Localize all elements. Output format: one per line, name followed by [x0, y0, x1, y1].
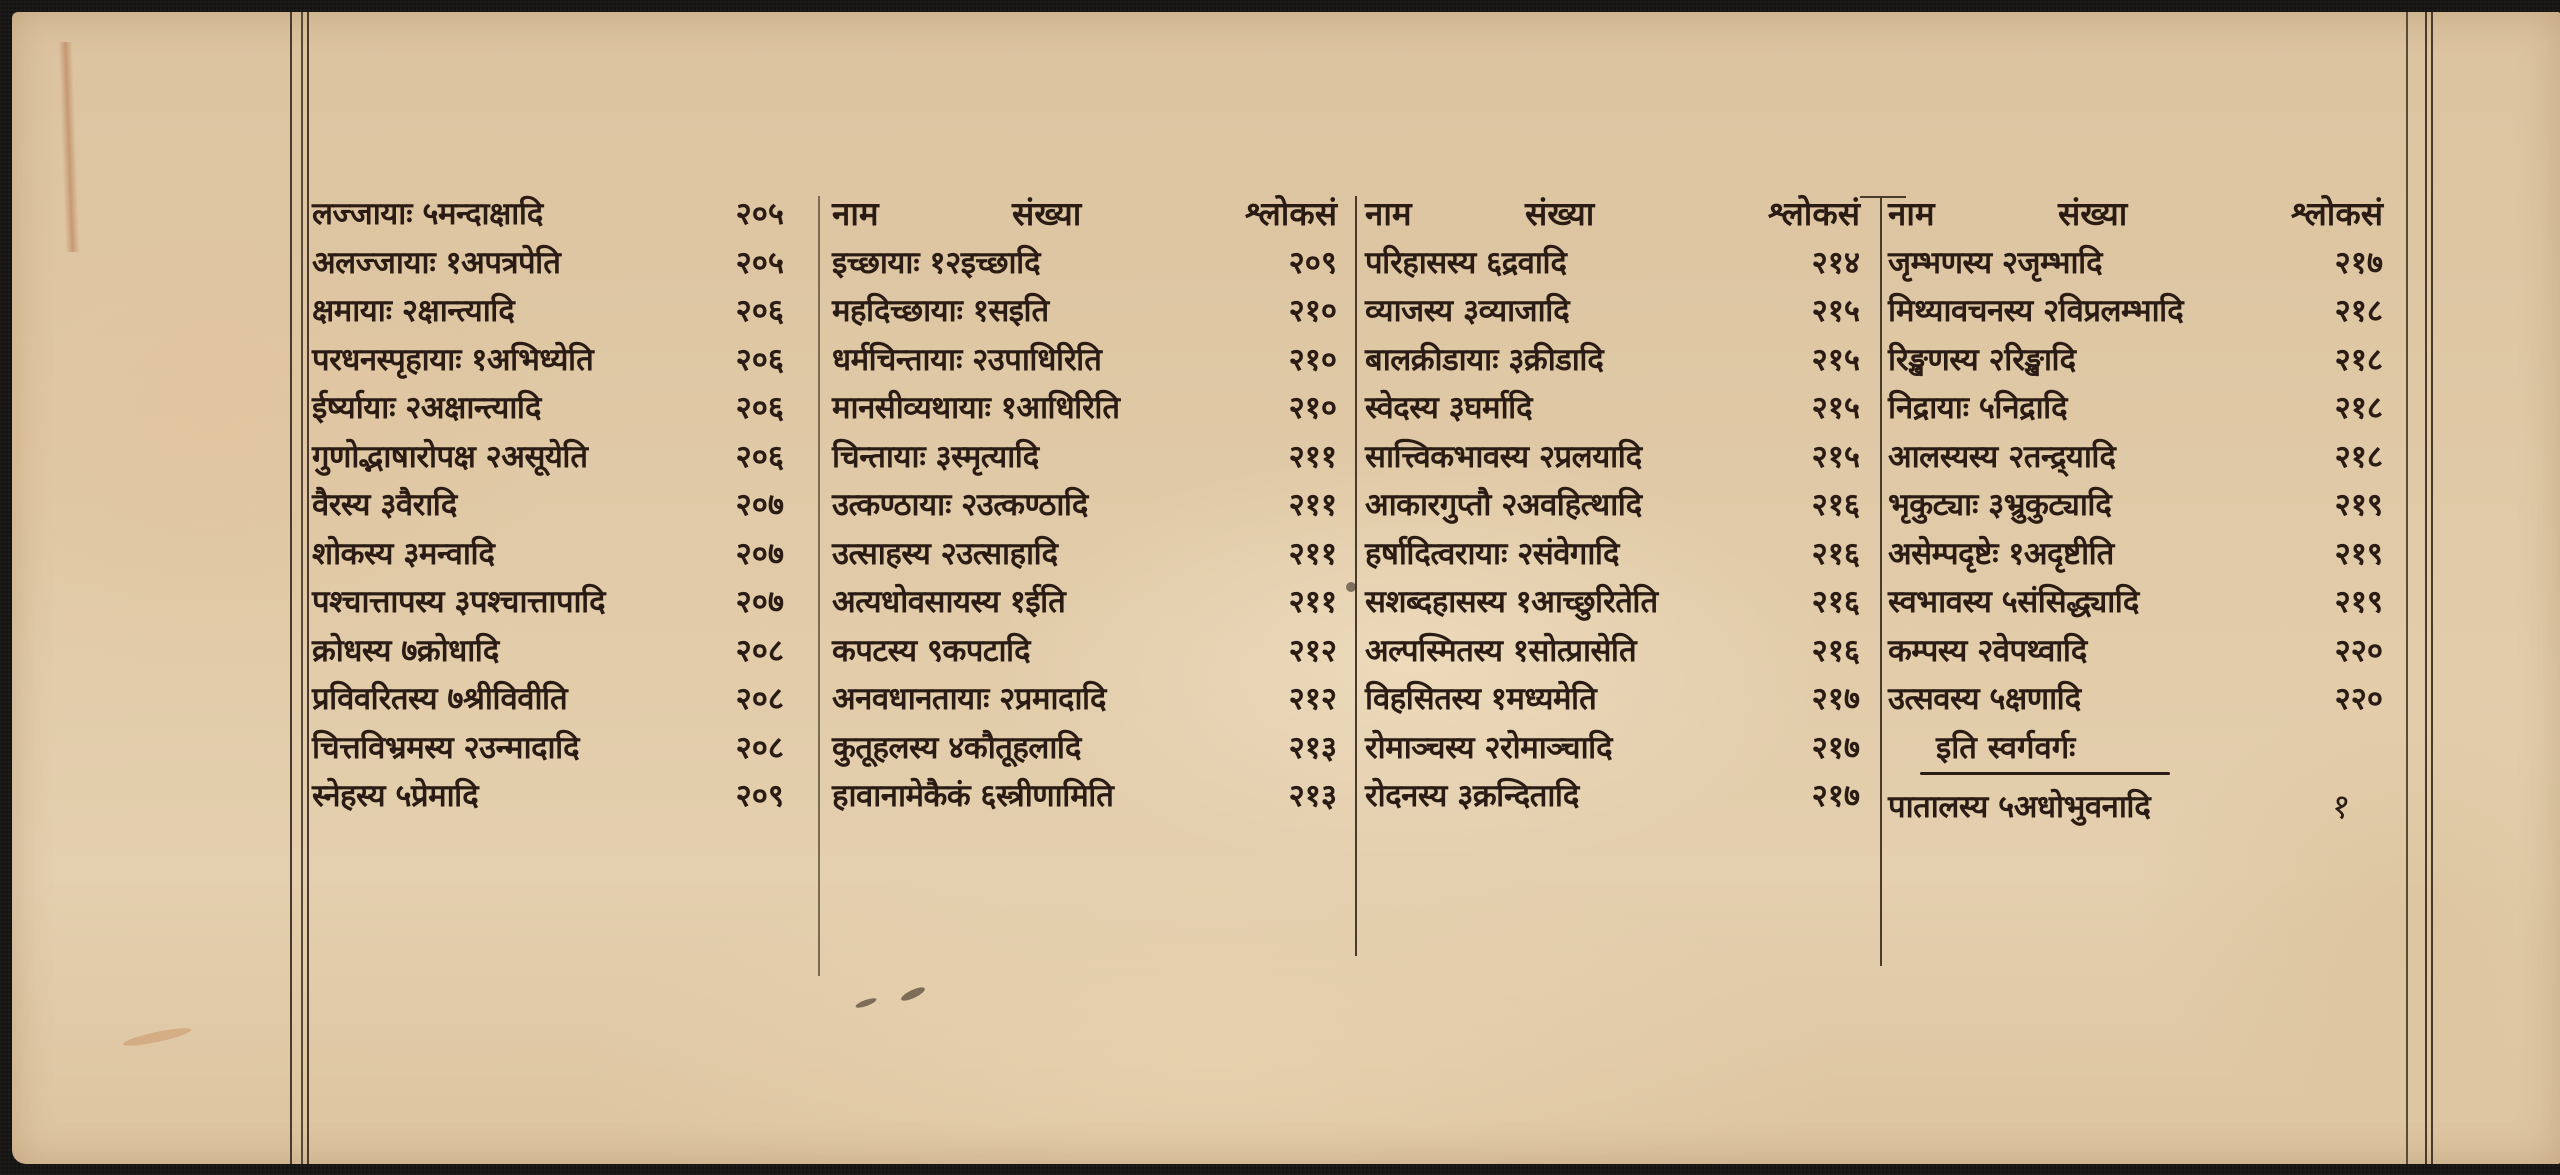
catchword-row: पातालस्य ५अधोभुवनादि १: [1888, 783, 2383, 832]
table-row: परिहासस्य ६द्रवादि२१४: [1365, 239, 1860, 288]
entry-name: चित्तविभ्रमस्य २उन्मादादि: [312, 724, 579, 773]
table-row: विहसितस्य १मध्यमेति२१७: [1365, 675, 1860, 724]
table-row: ईर्ष्यायाः २अक्षान्त्यादि२०६: [312, 384, 784, 433]
left-margin-rule: [307, 12, 309, 1164]
entry-name: भृकुट्याः ३भ्रुकुट्यादि: [1888, 481, 2111, 530]
header-nama: नाम: [1888, 190, 1935, 239]
table-row: धर्मचिन्तायाः २उपाधिरिति२१०: [832, 336, 1337, 385]
shloka-number: २१५: [1812, 336, 1860, 385]
index-column-3: नाम संख्या श्लोकसं परिहासस्य ६द्रवादि२१४…: [1365, 190, 1860, 821]
left-margin-rule: [290, 12, 292, 1164]
header-sankhya: संख्या: [2058, 190, 2127, 239]
right-margin-rule: [2425, 12, 2427, 1164]
table-row: अनवधानतायाः २प्रमादादि२१२: [832, 675, 1337, 724]
table-row: गुणोद्भाषारोपक्ष २असूयेति२०६: [312, 433, 784, 482]
entry-name: अल्पस्मितस्य १सोत्प्रासेति: [1365, 627, 1636, 676]
shloka-number: २०८: [736, 724, 784, 773]
table-row: क्षमायाः २क्षान्त्यादि२०६: [312, 287, 784, 336]
entry-name: बालक्रीडायाः ३क्रीडादि: [1365, 336, 1603, 385]
table-row: चित्तविभ्रमस्य २उन्मादादि२०८: [312, 724, 784, 773]
shloka-number: २१०: [1289, 384, 1337, 433]
table-row: चिन्तायाः ३स्मृत्यादि२११: [832, 433, 1337, 482]
table-row: स्नेहस्य ५प्रेमादि२०९: [312, 772, 784, 821]
shloka-number: २१५: [1812, 433, 1860, 482]
entry-name: परिहासस्य ६द्रवादि: [1365, 239, 1566, 288]
table-row: स्वेदस्य ३घर्मादि२१५: [1365, 384, 1860, 433]
shloka-number: २०९: [1289, 239, 1337, 288]
table-row: जृम्भणस्य २जृम्भादि२१७: [1888, 239, 2383, 288]
table-row: परधनस्पृहायाः १अभिध्येति२०६: [312, 336, 784, 385]
shloka-number: २०५: [736, 239, 784, 288]
shloka-number: २१०: [1289, 336, 1337, 385]
entry-name: रिङ्खणस्य २रिङ्खादि: [1888, 336, 2076, 385]
shloka-number: २१७: [1812, 675, 1860, 724]
shloka-number: २११: [1289, 481, 1337, 530]
ink-smudge: [1346, 582, 1356, 592]
shloka-number: २१८: [2335, 384, 2383, 433]
table-row: कुतूहलस्य ४कौतूहलादि२१३: [832, 724, 1337, 773]
shloka-number: २१२: [1289, 627, 1337, 676]
shloka-number: २०९: [736, 772, 784, 821]
table-row: बालक्रीडायाः ३क्रीडादि२१५: [1365, 336, 1860, 385]
shloka-number: २१२: [1289, 675, 1337, 724]
entry-name: निद्रायाः ५निद्रादि: [1888, 384, 2067, 433]
right-margin-rule: [2406, 12, 2408, 1164]
header-sankhya: संख्या: [1525, 190, 1594, 239]
column-header: नाम संख्या श्लोकसं: [1888, 190, 2383, 239]
table-row: महदिच्छायाः १सइति२१०: [832, 287, 1337, 336]
shloka-number: २०६: [736, 384, 784, 433]
header-nama: नाम: [832, 190, 879, 239]
shloka-number: २१३: [1289, 724, 1337, 773]
entry-name: कपटस्य ९कपटादि: [832, 627, 1030, 676]
shloka-number: २१९: [2335, 530, 2383, 579]
entry-name: सशब्दहासस्य १आच्छुरितेति: [1365, 578, 1658, 627]
entry-name: असेम्पदृष्टेः १अदृष्टीति: [1888, 530, 2114, 579]
column-header: नाम संख्या श्लोकसं: [832, 190, 1337, 239]
shloka-number: २०७: [736, 530, 784, 579]
catchword-text: पातालस्य ५अधोभुवनादि: [1888, 783, 2150, 832]
entry-name: उत्कण्ठायाः २उत्कण्ठादि: [832, 481, 1088, 530]
header-sankhya: संख्या: [1012, 190, 1081, 239]
entry-name: आलस्यस्य २तन्द्र्यादि: [1888, 433, 2115, 482]
entry-name: अत्यधोवसायस्य १ईति: [832, 578, 1065, 627]
index-column-1: लज्जायाः ५मन्दाक्षादि२०५ अलज्जायाः १अपत्…: [312, 190, 784, 821]
entry-name: पश्चात्तापस्य ३पश्चात्तापादि: [312, 578, 605, 627]
table-row: भृकुट्याः ३भ्रुकुट्यादि२१९: [1888, 481, 2383, 530]
entry-name: सात्त्विकभावस्य २प्रलयादि: [1365, 433, 1642, 482]
table-row: कम्पस्य २वेपथ्वादि२२०: [1888, 627, 2383, 676]
table-row: मिथ्यावचनस्य २विप्रलम्भादि२१८: [1888, 287, 2383, 336]
section-colophon: इति स्वर्गवर्गः: [1888, 724, 2383, 772]
table-row: निद्रायाः ५निद्रादि२१८: [1888, 384, 2383, 433]
entry-name: वैरस्य ३वैरादि: [312, 481, 457, 530]
entry-name: उत्सवस्य ५क्षणादि: [1888, 675, 2081, 724]
shloka-number: २०७: [736, 578, 784, 627]
shloka-number: २१८: [2335, 287, 2383, 336]
entry-name: मानसीव्यथायाः १आधिरिति: [832, 384, 1120, 433]
shloka-number: २०६: [736, 433, 784, 482]
shloka-number: २०८: [736, 627, 784, 676]
entry-name: महदिच्छायाः १सइति: [832, 287, 1049, 336]
table-row: प्रविवरितस्य ७श्रीविवीति२०८: [312, 675, 784, 724]
entry-name: अनवधानतायाः २प्रमादादि: [832, 675, 1106, 724]
shloka-number: २१०: [1289, 287, 1337, 336]
table-row: लज्जायाः ५मन्दाक्षादि२०५: [312, 190, 784, 239]
column-header: नाम संख्या श्लोकसं: [1365, 190, 1860, 239]
entry-name: व्याजस्य ३व्याजादि: [1365, 287, 1569, 336]
shloka-number: २०६: [736, 287, 784, 336]
shloka-number: २११: [1289, 530, 1337, 579]
paper-stain: [58, 42, 79, 252]
table-row: मानसीव्यथायाः १आधिरिति२१०: [832, 384, 1337, 433]
entry-name: हावानामेकैकं ६स्त्रीणामिति: [832, 772, 1113, 821]
entry-name: मिथ्यावचनस्य २विप्रलम्भादि: [1888, 287, 2183, 336]
table-row: स्वभावस्य ५संसिद्ध्यादि२१९: [1888, 578, 2383, 627]
shloka-number: २०७: [736, 481, 784, 530]
header-shlokasam: श्लोकसं: [2291, 190, 2383, 239]
table-row: रोमाञ्चस्य २रोमाञ्चादि२१७: [1365, 724, 1860, 773]
table-row: उत्साहस्य २उत्साहादि२११: [832, 530, 1337, 579]
table-row: उत्कण्ठायाः २उत्कण्ठादि२११: [832, 481, 1337, 530]
index-column-2: नाम संख्या श्लोकसं इच्छायाः १२इच्छादि२०९…: [832, 190, 1337, 821]
table-row: उत्सवस्य ५क्षणादि२२०: [1888, 675, 2383, 724]
entry-name: शोकस्य ३मन्वादि: [312, 530, 494, 579]
table-row: सशब्दहासस्य १आच्छुरितेति२१६: [1365, 578, 1860, 627]
shloka-number: २२०: [2335, 675, 2383, 724]
shloka-number: २१७: [1812, 724, 1860, 773]
table-row: आकारगुप्तौ २अवहित्थादि२१६: [1365, 481, 1860, 530]
column-divider: [1880, 196, 1882, 966]
table-row: आलस्यस्य २तन्द्र्यादि२१८: [1888, 433, 2383, 482]
shloka-number: २१५: [1812, 384, 1860, 433]
shloka-number: २११: [1289, 433, 1337, 482]
entry-name: प्रविवरितस्य ७श्रीविवीति: [312, 675, 567, 724]
table-row: इच्छायाः १२इच्छादि२०९: [832, 239, 1337, 288]
table-row: व्याजस्य ३व्याजादि२१५: [1365, 287, 1860, 336]
table-row: शोकस्य ३मन्वादि२०७: [312, 530, 784, 579]
entry-name: स्वेदस्य ३घर्मादि: [1365, 384, 1532, 433]
entry-name: कम्पस्य २वेपथ्वादि: [1888, 627, 2087, 676]
shloka-number: २१६: [1812, 627, 1860, 676]
table-row: क्रोधस्य ७क्रोधादि२०८: [312, 627, 784, 676]
entry-name: रोमाञ्चस्य २रोमाञ्चादि: [1365, 724, 1612, 773]
shloka-number: २११: [1289, 578, 1337, 627]
left-margin-rule: [301, 12, 303, 1164]
right-margin-rule: [2431, 12, 2433, 1164]
table-row: अल्पस्मितस्य १सोत्प्रासेति२१६: [1365, 627, 1860, 676]
shloka-number: २१५: [1812, 287, 1860, 336]
shloka-number: २१६: [1812, 481, 1860, 530]
table-row: कपटस्य ९कपटादि२१२: [832, 627, 1337, 676]
index-column-4: नाम संख्या श्लोकसं जृम्भणस्य २जृम्भादि२१…: [1888, 190, 2383, 831]
entry-name: विहसितस्य १मध्यमेति: [1365, 675, 1596, 724]
shloka-number: २०६: [736, 336, 784, 385]
shloka-number: २१९: [2335, 578, 2383, 627]
entry-name: कुतूहलस्य ४कौतूहलादि: [832, 724, 1081, 773]
table-row: अत्यधोवसायस्य १ईति२११: [832, 578, 1337, 627]
table-row: अलज्जायाः १अपत्रपेति२०५: [312, 239, 784, 288]
shloka-number: २१३: [1289, 772, 1337, 821]
shloka-number: २२०: [2335, 627, 2383, 676]
entry-name: इच्छायाः १२इच्छादि: [832, 239, 1040, 288]
table-row: रोदनस्य ३क्रन्दितादि२१७: [1365, 772, 1860, 821]
shloka-number: २१७: [1812, 772, 1860, 821]
header-shlokasam: श्लोकसं: [1245, 190, 1337, 239]
entry-name: क्षमायाः २क्षान्त्यादि: [312, 287, 514, 336]
table-row: हर्षादित्वरायाः २संवेगादि२१६: [1365, 530, 1860, 579]
table-row: वैरस्य ३वैरादि२०७: [312, 481, 784, 530]
entry-name: रोदनस्य ३क्रन्दितादि: [1365, 772, 1579, 821]
shloka-number: २०५: [736, 190, 784, 239]
entry-name: धर्मचिन्तायाः २उपाधिरिति: [832, 336, 1101, 385]
entry-name: जृम्भणस्य २जृम्भादि: [1888, 239, 2102, 288]
entry-name: हर्षादित्वरायाः २संवेगादि: [1365, 530, 1619, 579]
table-row: रिङ्खणस्य २रिङ्खादि२१८: [1888, 336, 2383, 385]
shloka-number: २१८: [2335, 336, 2383, 385]
entry-name: स्वभावस्य ५संसिद्ध्यादि: [1888, 578, 2139, 627]
entry-name: लज्जायाः ५मन्दाक्षादि: [312, 190, 543, 239]
entry-name: गुणोद्भाषारोपक्ष २असूयेति: [312, 433, 588, 482]
table-row: असेम्पदृष्टेः १अदृष्टीति२१९: [1888, 530, 2383, 579]
table-row: हावानामेकैकं ६स्त्रीणामिति२१३: [832, 772, 1337, 821]
entry-name: अलज्जायाः १अपत्रपेति: [312, 239, 560, 288]
entry-name: क्रोधस्य ७क्रोधादि: [312, 627, 499, 676]
shloka-number: २०८: [736, 675, 784, 724]
entry-name: चिन्तायाः ३स्मृत्यादि: [832, 433, 1039, 482]
entry-name: स्नेहस्य ५प्रेमादि: [312, 772, 478, 821]
table-row: सात्त्विकभावस्य २प्रलयादि२१५: [1365, 433, 1860, 482]
table-row: पश्चात्तापस्य ३पश्चात्तापादि२०७: [312, 578, 784, 627]
paper-stain: [122, 1025, 193, 1049]
entry-name: ईर्ष्यायाः २अक्षान्त्यादि: [312, 384, 541, 433]
entry-name: आकारगुप्तौ २अवहित्थादि: [1365, 481, 1642, 530]
shloka-number: २१६: [1812, 578, 1860, 627]
shloka-number: २१९: [2335, 481, 2383, 530]
catchword-mark: १: [2328, 781, 2354, 832]
column-divider: [1355, 196, 1357, 956]
colophon-underline: [1920, 772, 2170, 775]
header-nama: नाम: [1365, 190, 1412, 239]
entry-name: परधनस्पृहायाः १अभिध्येति: [312, 336, 593, 385]
column-divider: [818, 196, 820, 976]
shloka-number: २१६: [1812, 530, 1860, 579]
header-shlokasam: श्लोकसं: [1768, 190, 1860, 239]
entry-name: उत्साहस्य २उत्साहादि: [832, 530, 1058, 579]
shloka-number: २१८: [2335, 433, 2383, 482]
shloka-number: २१७: [2335, 239, 2383, 288]
shloka-number: २१४: [1812, 239, 1860, 288]
